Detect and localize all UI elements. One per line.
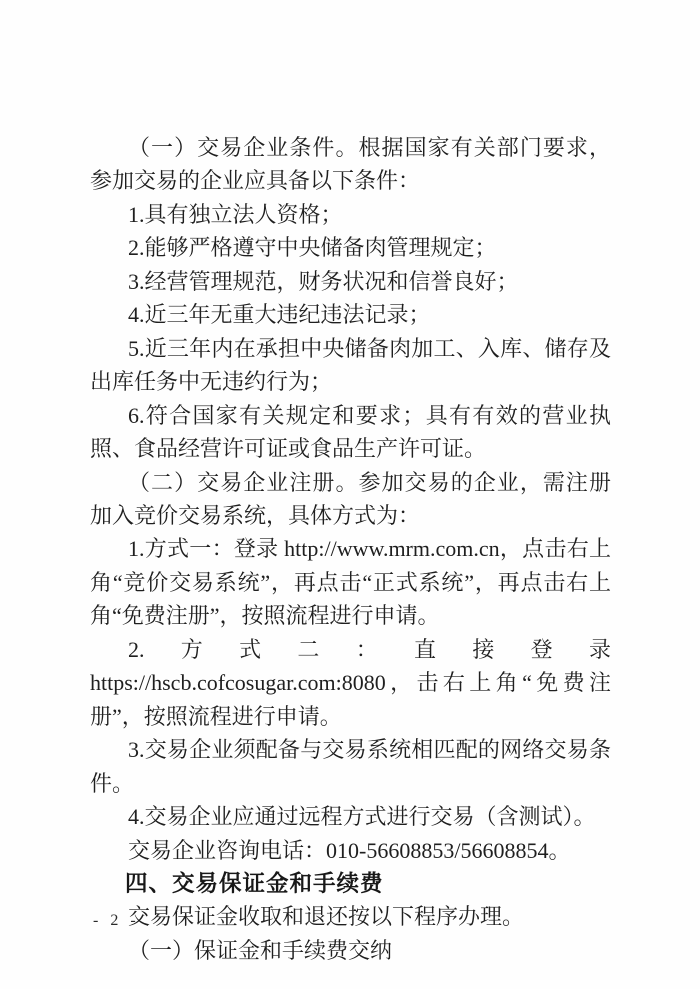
paragraph-registration-method-1: 1.方式一：登录 http://www.mrm.com.cn，点击右上角“竞价交… (90, 532, 611, 632)
paragraph-section1-trading-conditions: （一）交易企业条件。根据国家有关部门要求，参加交易的企业应具备以下条件： (90, 131, 611, 198)
list-item-condition-5: 5.近三年内在承担中央储备肉加工、入库、储存及出库任务中无违约行为； (90, 332, 611, 399)
list-item-condition-1: 1.具有独立法人资格； (90, 198, 611, 231)
paragraph-section2-registration: （二）交易企业注册。参加交易的企业，需注册加入竞价交易系统，具体方式为： (90, 466, 611, 533)
document-page: （一）交易企业条件。根据国家有关部门要求，参加交易的企业应具备以下条件： 1.具… (0, 0, 700, 989)
page-number: - 2 - (93, 912, 140, 930)
list-item-condition-4: 4.近三年无重大违纪违法记录； (90, 298, 611, 331)
document-body: （一）交易企业条件。根据国家有关部门要求，参加交易的企业应具备以下条件： 1.具… (90, 131, 611, 967)
paragraph-registration-method-2: 2.方式二：直接登录 https://hscb.cofcosugar.com:8… (90, 633, 611, 733)
paragraph-contact-phone: 交易企业咨询电话：010-56608853/56608854。 (90, 834, 611, 867)
list-item-condition-2: 2.能够严格遵守中央储备肉管理规定； (90, 231, 611, 264)
section-heading-deposit-fees: 四、交易保证金和手续费 (90, 867, 611, 900)
paragraph-remote-trading: 4.交易企业应通过远程方式进行交易（含测试）。 (90, 800, 611, 833)
paragraph-network-requirement: 3.交易企业须配备与交易系统相匹配的网络交易条件。 (90, 733, 611, 800)
list-item-condition-6: 6.符合国家有关规定和要求；具有有效的营业执照、食品经营许可证或食品生产许可证。 (90, 399, 611, 466)
paragraph-deposit-procedure: 交易保证金收取和退还按以下程序办理。 (90, 900, 611, 933)
list-item-condition-3: 3.经营管理规范，财务状况和信誉良好； (90, 265, 611, 298)
paragraph-subsection-payment: （一）保证金和手续费交纳 (90, 934, 611, 967)
